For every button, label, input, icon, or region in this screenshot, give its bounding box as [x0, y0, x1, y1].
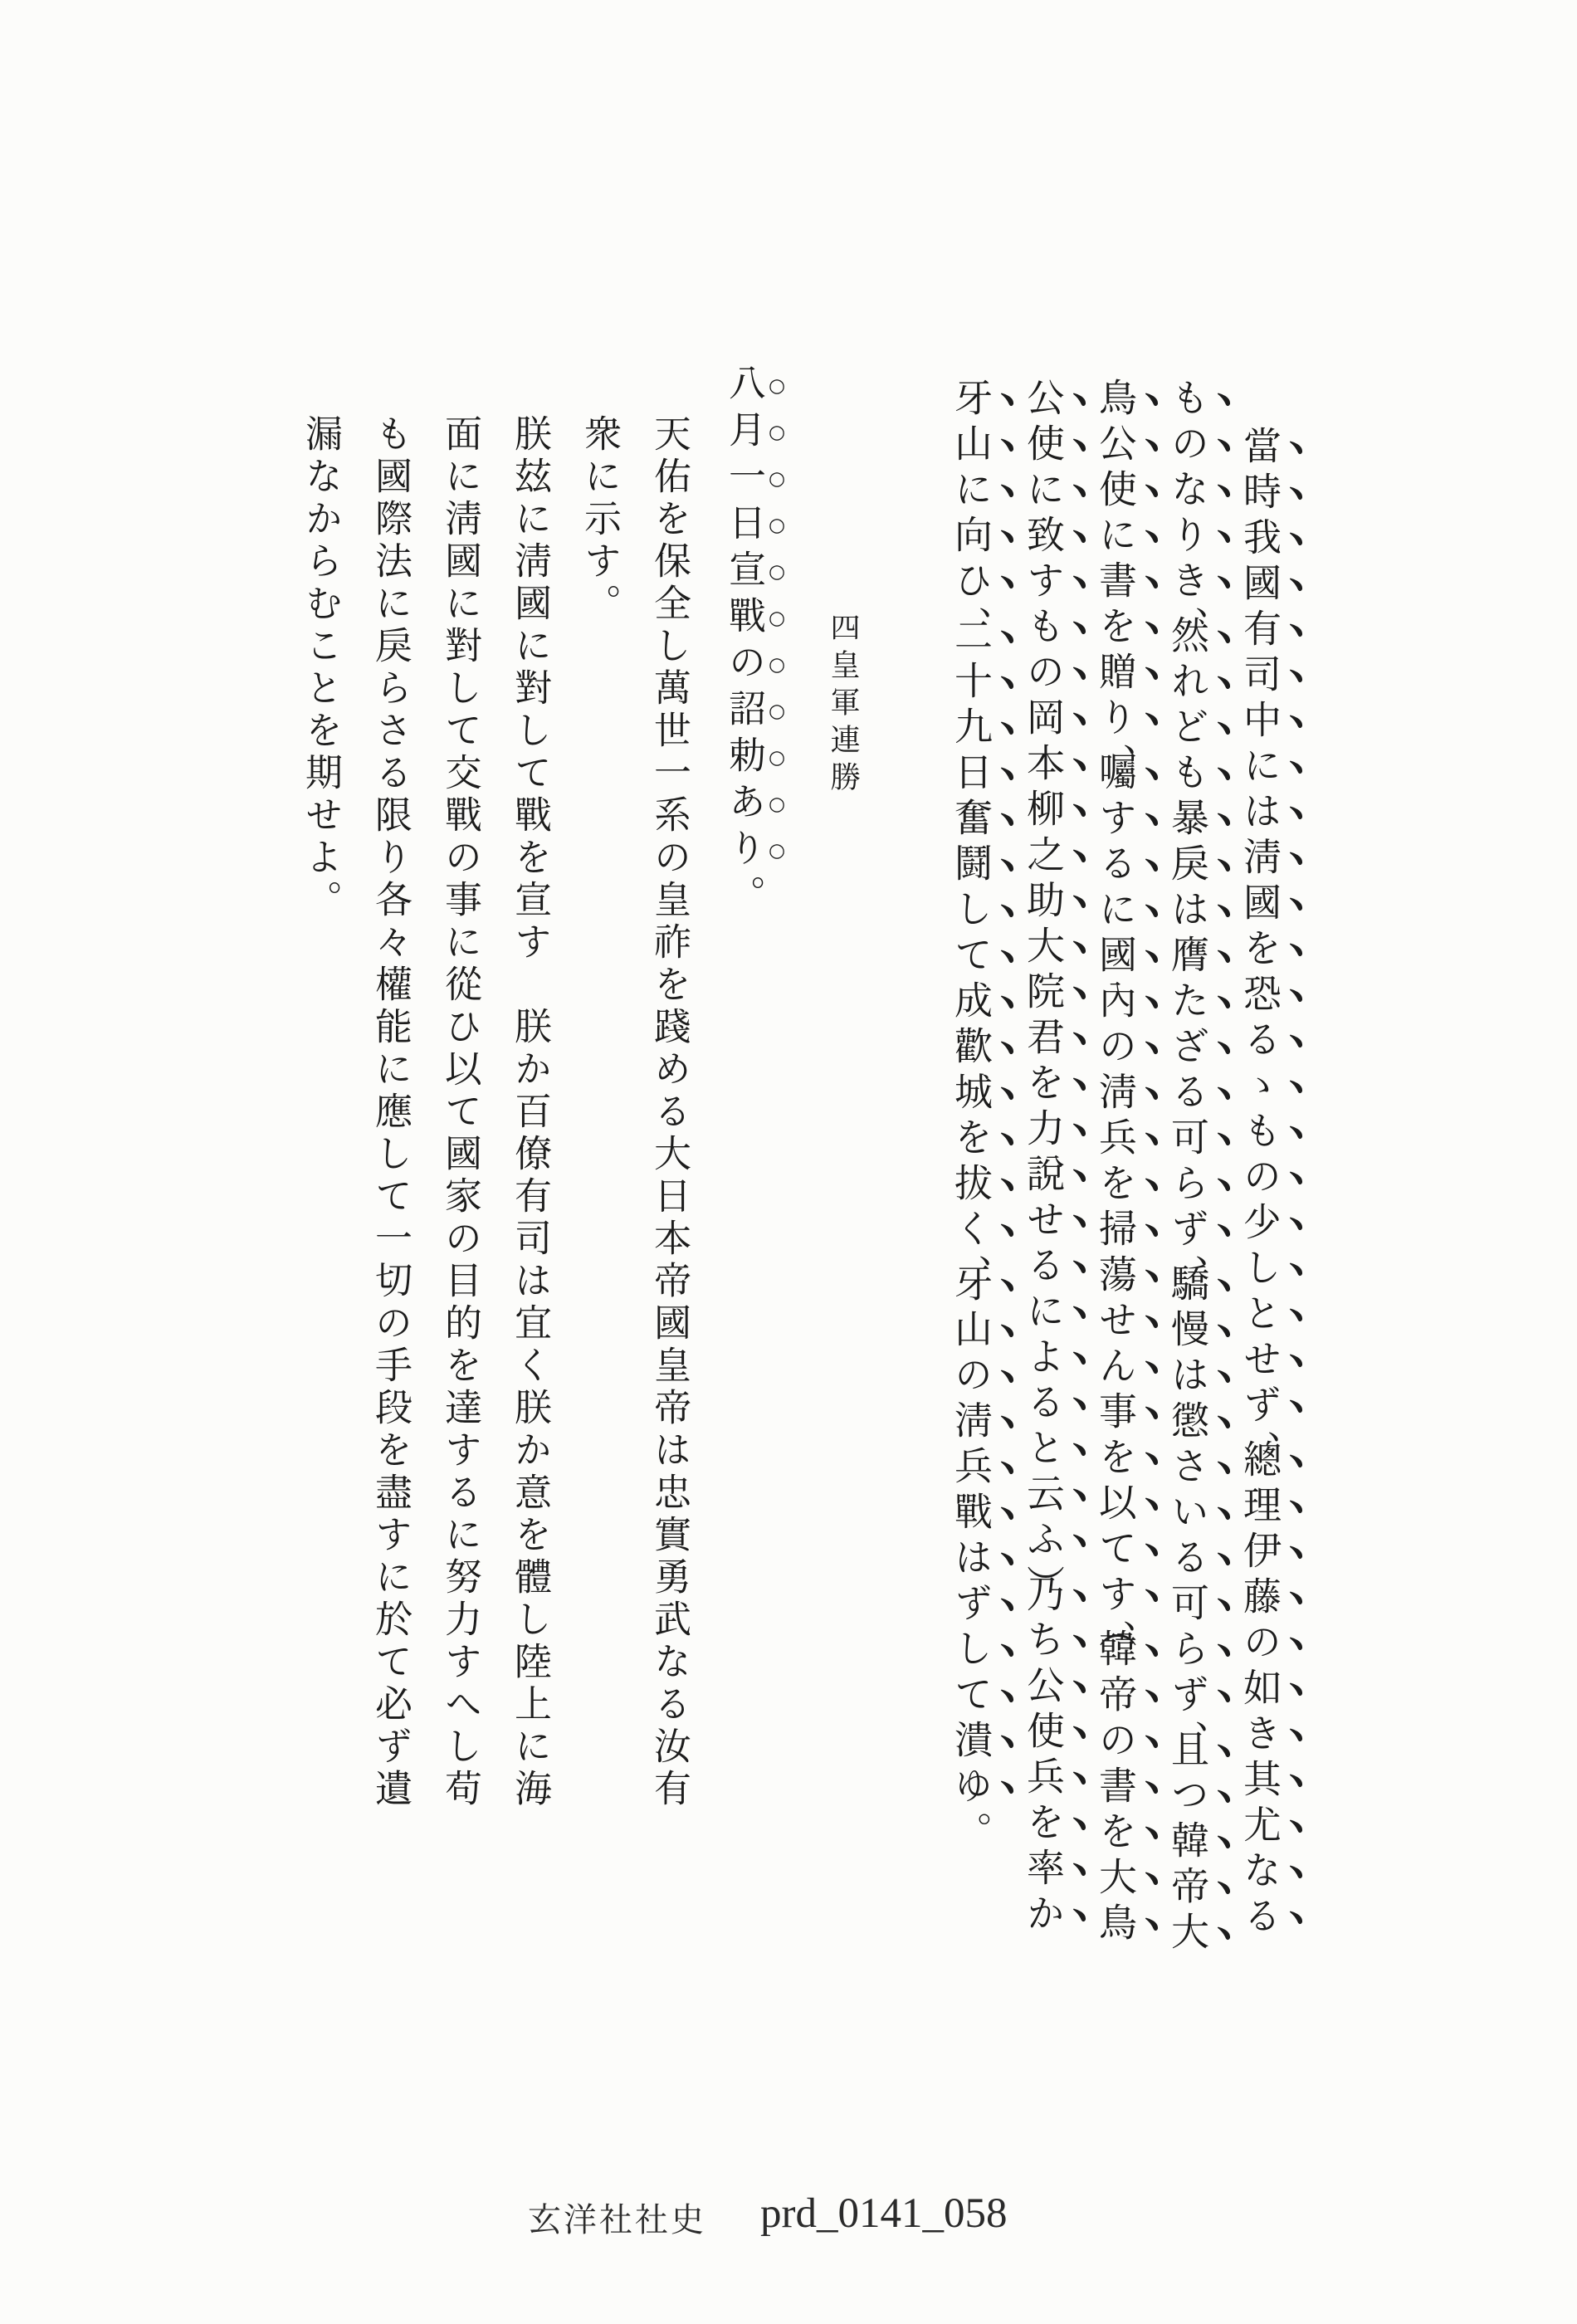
section-number: 四 [826, 612, 860, 649]
text-column-8: 衆に示す。 [581, 414, 618, 626]
text-column-5: 牙山に向ひ、二十九日奮鬪して成歡城を拔く、牙山の淸兵戰はずして潰ゆ。 [949, 378, 1021, 1857]
text-column-10: 面に淸國に對して交戰の事に從ひ以て國家の目的を達するに努力すへし苟 [442, 414, 479, 1811]
text-column-7: 天佑を保全し萬世一系の皇祚を踐める大日本帝國皇帝は忠實勇武なる汝有 [651, 414, 688, 1811]
footer-book-title: 玄洋社社史 [528, 2194, 706, 2241]
footer-page-code: prd_0141_058 [760, 2190, 1007, 2238]
text-column-4: 公使に致すもの岡本柳之助大院君を力說せるによると云ふ）乃ち公使兵を率か [1021, 378, 1093, 1939]
scanned-page: 四皇軍連勝 當時我國有司中には淸國を恐るゝもの少しとせず、總理伊藤の如き其尤なる… [0, 0, 1577, 2324]
text-column-2: ものなりき、然れども暴戾は膺たざる可らず、驕慢は懲さいる可らず、且つ韓帝大 [1165, 378, 1238, 1957]
section-heading: 四皇軍連勝 [828, 612, 857, 798]
text-column-1: 當時我國有司中には淸國を恐るゝもの少しとせず、總理伊藤の如き其尤なる [1238, 426, 1310, 1941]
text-column-9: 朕玆に淸國に對して戰を宣す 朕か百僚有司は宜く朕か意を體し陸上に海 [511, 414, 549, 1811]
text-column-11: も國際法に戾らさる限り各々權能に應して一切の手段を盡すに於て必ず遺 [372, 414, 409, 1811]
text-column-6: 八月一日宣戰の詔勅あり。 [722, 364, 788, 921]
section-title: 皇軍連勝 [826, 649, 860, 798]
text-column-12: 漏なからむことを期せよ。 [302, 414, 339, 922]
text-column-3: 鳥公使に書を贈り、囑するに國內の淸兵を掃蕩せん事を以てす、（韓帝の書を大鳥 [1093, 378, 1165, 1948]
